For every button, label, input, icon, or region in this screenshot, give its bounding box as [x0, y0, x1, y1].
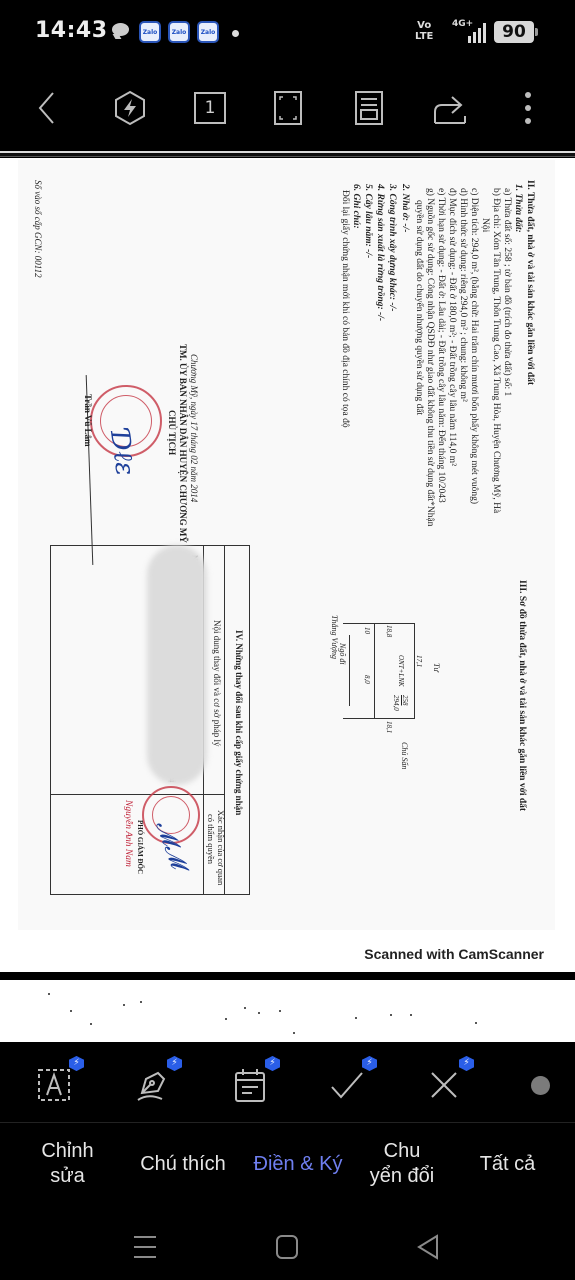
- crop-frame-icon: [273, 90, 303, 126]
- cross-icon: [426, 1067, 462, 1103]
- ai-tools-button[interactable]: [110, 88, 150, 128]
- color-dot-tool[interactable]: [531, 1076, 550, 1095]
- status-bar: 14:43 Zalo Zalo Zalo Vo LTE 4G+ 90: [0, 0, 575, 64]
- message-icon: [110, 22, 130, 39]
- battery-icon: 90: [494, 21, 534, 43]
- signing-role: CHỦ TỊCH: [166, 410, 177, 455]
- chairman-signature: Ɗℓε: [104, 428, 140, 477]
- more-options-button[interactable]: [508, 88, 548, 128]
- area-line: c) Diện tích: 294,0 m², (bằng chữ: Hai t…: [468, 188, 479, 504]
- home-button[interactable]: [267, 1227, 307, 1267]
- document-layout-icon: [354, 90, 384, 126]
- tab-annotate[interactable]: Chú thích: [130, 1124, 236, 1204]
- trees-line: 5. Cây lâu năm: -/-: [362, 184, 373, 258]
- tab-edit[interactable]: Chỉnhsửa: [20, 1124, 115, 1204]
- top-toolbar: 1: [0, 70, 575, 146]
- official-role: PHÓ GIÁM ĐỐC: [134, 820, 145, 874]
- lightning-hexagon-icon: [113, 90, 147, 126]
- table-col-changes: Nội dung thay đổi và cơ sở pháp lý: [211, 620, 222, 747]
- reader-mode-button[interactable]: [349, 88, 389, 128]
- notes-text: Đổi lại giấy chứng nhận mới khi có bản đ…: [339, 190, 350, 428]
- edit-text-tool[interactable]: ⚡: [32, 1063, 76, 1107]
- official-name: Nguyễn Anh Nam: [122, 800, 133, 867]
- origin-line-2: quyền sử dụng đất do chuyển nhượng quyền…: [413, 200, 424, 415]
- system-back-button[interactable]: [408, 1227, 448, 1267]
- zalo-icon: Zalo: [197, 21, 219, 43]
- fountain-pen-icon: [134, 1067, 170, 1103]
- parcel-number-line: a) Thửa đất số: 258 ; tờ bản đồ (trích đ…: [501, 188, 512, 396]
- address-line: b) Địa chỉ: Xóm Tân Trung, Thôn Trung Ca…: [490, 188, 501, 513]
- usage-purpose-line: đ) Mục đích sử dụng: - Đất ở 180,0 m²; -…: [446, 188, 457, 466]
- clock: 14:43: [35, 18, 108, 43]
- house-line: 2. Nhà ở: -/-: [399, 184, 410, 232]
- notes-label: 6. Ghi chú:: [350, 184, 361, 229]
- text-box-icon: [36, 1067, 72, 1103]
- usage-form-line: d) Hình thức sử dụng: riêng 294,0 m² ; c…: [457, 188, 468, 402]
- signing-date: Chương Mỹ, ngày 17 tháng 02 năm 2014: [188, 354, 199, 502]
- zalo-icon: Zalo: [168, 21, 190, 43]
- fill-form-tool[interactable]: ⚡: [228, 1063, 272, 1107]
- table-col-confirmation-2: có thẩm quyền: [205, 814, 216, 864]
- page-separator: [0, 972, 575, 980]
- section-2-title: II. Thửa đất, nhà ở và tài sản khác gắn …: [524, 180, 535, 385]
- page-count-button[interactable]: 1: [190, 88, 230, 128]
- checkmark-tool[interactable]: ⚡: [325, 1063, 369, 1107]
- left-neighbor: Thắng Vượng: [329, 615, 340, 659]
- home-square-icon: [275, 1234, 299, 1260]
- forest-line: 4. Rừng sản xuất là rừng trồng: -/-: [374, 184, 385, 321]
- tab-convert[interactable]: Chuyển đổi: [358, 1124, 446, 1204]
- usage-term-line: e) Thời hạn sử dụng: - Đất ở: Lâu dài; -…: [435, 188, 446, 503]
- share-button[interactable]: [430, 88, 470, 128]
- fill-sign-tools: ⚡ ⚡ ⚡ ⚡ ⚡: [0, 1045, 575, 1123]
- recents-button[interactable]: [125, 1227, 165, 1267]
- share-arrow-icon: [432, 90, 468, 126]
- camscanner-watermark: Scanned with CamScanner: [364, 946, 544, 962]
- back-triangle-icon: [416, 1234, 440, 1260]
- section-2-sub1: 1. Thửa đất:: [512, 184, 523, 233]
- table-col-confirmation: Xác nhận của cơ quan: [215, 810, 226, 885]
- mode-tabs: Chỉnhsửa Chú thích Điền & Ký Chuyển đổi …: [0, 1124, 575, 1214]
- signal-icon: 4G+: [452, 19, 488, 43]
- checkmark-icon: [329, 1067, 365, 1103]
- redacted-area: [147, 545, 207, 785]
- origin-line: g) Nguồn gốc sử dụng: Công nhận QSDĐ như…: [424, 188, 435, 526]
- tab-fill-sign[interactable]: Điền & Ký: [246, 1124, 350, 1204]
- chevron-left-icon: [35, 90, 59, 126]
- more-vertical-icon: [523, 90, 533, 126]
- crop-button[interactable]: [268, 88, 308, 128]
- registry-number: Số vào sổ cấp GCN: 00112: [32, 180, 43, 278]
- tab-all[interactable]: Tất cả: [465, 1124, 550, 1204]
- address-line-2: Nội: [479, 218, 490, 232]
- section-4-title: IV. Những thay đổi sau khi cấp giấy chứn…: [233, 630, 244, 815]
- signer-name: Trần Vũ Lâm: [82, 394, 93, 447]
- construction-line: 3. Công trình xây dựng khác: -/-: [386, 184, 397, 311]
- system-nav-bar: [0, 1215, 575, 1280]
- zalo-icon: Zalo: [139, 21, 161, 43]
- parcel-diagram: Tư Ngõ đi ONT+LNK 258 294,0 10 8,0 17,1 …: [345, 615, 455, 755]
- pen-annotate-tool[interactable]: ⚡: [130, 1063, 174, 1107]
- menu-lines-icon: [133, 1234, 157, 1260]
- page-border: [0, 151, 575, 157]
- back-button[interactable]: [27, 88, 67, 128]
- signing-org: TM. ỦY BAN NHÂN DÂN HUYỆN CHƯƠNG MỸ: [177, 344, 188, 543]
- volte-icon: Vo LTE: [415, 20, 433, 42]
- rotated-document-content: II. Thửa đất, nhà ở và tài sản khác gắn …: [18, 160, 555, 930]
- section-3-title: III. Sơ đồ thửa đất, nhà ở và tài sản kh…: [516, 580, 527, 811]
- cross-tool[interactable]: ⚡: [422, 1063, 466, 1107]
- form-calendar-icon: [232, 1067, 268, 1103]
- notification-dot-icon: [232, 30, 239, 37]
- right-neighbor: Chủ Sẩn: [399, 742, 410, 769]
- document-page-2[interactable]: [0, 980, 575, 1042]
